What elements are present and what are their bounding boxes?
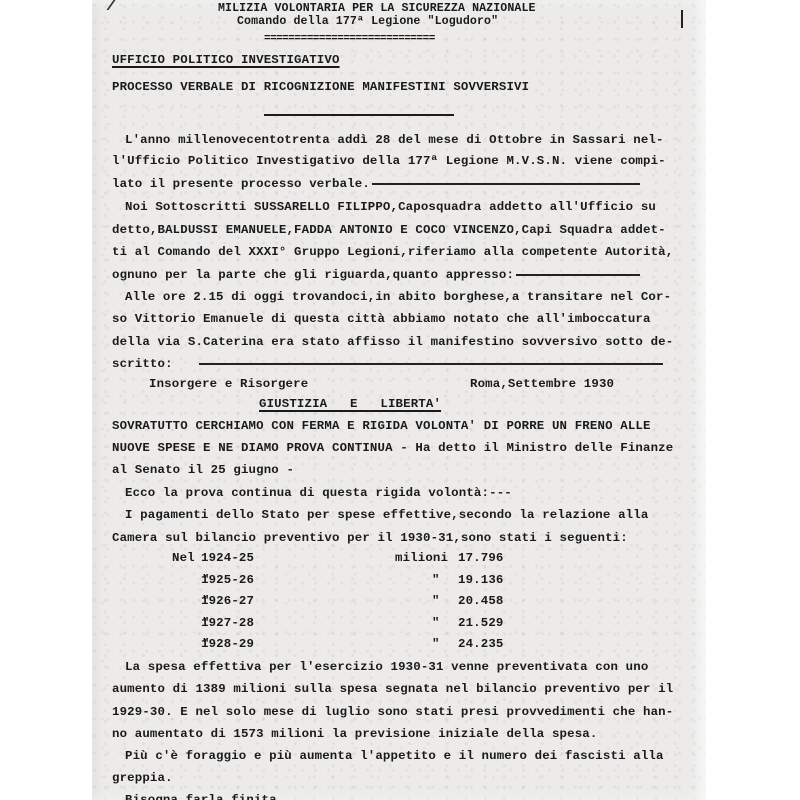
paragraph-line: greppia.: [112, 771, 173, 785]
manifesto-slogan: Insorgere e Risorgere: [149, 377, 308, 391]
quote-line: al Senato il 25 giugno -: [112, 463, 294, 477]
budget-unit: ": [432, 637, 440, 651]
paragraph-line: Bisogna farla finita.: [125, 793, 284, 800]
paragraph-line: detto,BALDUSSI EMANUELE,FADDA ANTONIO E …: [112, 223, 666, 237]
budget-row: "1928-29"24.235: [92, 637, 706, 651]
budget-year: 1925-26: [201, 573, 254, 587]
fill-rule: [199, 363, 663, 365]
budget-unit: ": [432, 616, 440, 630]
budget-unit: milioni: [395, 551, 448, 565]
budget-amount: 20.458: [458, 594, 504, 608]
paragraph-line: Alle ore 2.15 di oggi trovandoci,in abit…: [125, 290, 671, 304]
budget-row: "1926-27"20.458: [92, 594, 706, 608]
budget-year: 1928-29: [201, 637, 254, 651]
paragraph-line: lato il presente processo verbale.: [112, 177, 370, 191]
command-subtitle: Comando della 177ª Legione "Logudoro": [237, 15, 498, 29]
paragraph-line: 1929-30. E nel solo mese di luglio sono …: [112, 705, 673, 719]
manifesto-place-date: Roma,Settembre 1930: [470, 377, 614, 391]
manifesto-heading: GIUSTIZIA E LIBERTA': [259, 397, 441, 411]
margin-bar-mark: [681, 10, 683, 28]
paragraph-line: so Vittorio Emanuele di questa città abb…: [112, 312, 651, 326]
paragraph-line: scritto:: [112, 357, 173, 371]
paragraph-line: Camera sul bilancio preventivo per il 19…: [112, 531, 628, 545]
budget-amount: 19.136: [458, 573, 504, 587]
budget-unit: ": [432, 594, 440, 608]
paragraph-line: l'Ufficio Politico Investigativo della 1…: [112, 154, 666, 168]
budget-year: 1927-28: [201, 616, 254, 630]
header-separator: ============================: [264, 32, 435, 46]
office-heading: UFFICIO POLITICO INVESTIGATIVO: [112, 53, 340, 67]
title-rule: [264, 114, 454, 116]
budget-amount: 21.529: [458, 616, 504, 630]
paragraph-line: La spesa effettiva per l'esercizio 1930-…: [125, 660, 648, 674]
document-page: MILIZIA VOLONTARIA PER LA SICUREZZA NAZI…: [92, 0, 706, 800]
document-title: PROCESSO VERBALE DI RICOGNIZIONE MANIFES…: [112, 80, 529, 94]
quote-line: SOVRATUTTO CERCHIAMO CON FERMA E RIGIDA …: [112, 419, 651, 433]
budget-amount: 17.796: [458, 551, 504, 565]
paragraph-line: no aumentato di 1573 milioni la previsio…: [112, 727, 597, 741]
quote-line: NUOVE SPESE E NE DIAMO PROVA CONTINUA - …: [112, 441, 673, 455]
budget-row: "1927-28"21.529: [92, 616, 706, 630]
budget-row: "1925-26"19.136: [92, 573, 706, 587]
budget-row: Nel1924-25milioni17.796: [92, 551, 706, 565]
paragraph-line: ti al Comando del XXXI° Gruppo Legioni,r…: [112, 245, 673, 259]
proof-line: Ecco la prova continua di questa rigida …: [125, 486, 512, 500]
paragraph-line: Più c'è foraggio e più aumenta l'appetit…: [125, 749, 664, 763]
paragraph-line: della via S.Caterina era stato affisso i…: [112, 335, 673, 349]
paragraph-line: Noi Sottoscritti SUSSARELLO FILIPPO,Capo…: [125, 200, 656, 214]
fill-rule: [372, 183, 640, 185]
paragraph-line: I pagamenti dello Stato per spese effett…: [125, 508, 648, 522]
organization-title: MILIZIA VOLONTARIA PER LA SICUREZZA NAZI…: [218, 2, 536, 16]
budget-year: 1924-25: [201, 551, 254, 565]
budget-year: 1926-27: [201, 594, 254, 608]
paragraph-line: L'anno millenovecentotrenta addì 28 del …: [125, 133, 664, 147]
paragraph-line: aumento di 1389 milioni sulla spesa segn…: [112, 682, 673, 696]
fill-rule: [516, 274, 640, 276]
pen-mark: [92, 0, 115, 10]
budget-unit: ": [432, 573, 440, 587]
budget-amount: 24.235: [458, 637, 504, 651]
paragraph-line: ognuno per la parte che gli riguarda,qua…: [112, 268, 514, 282]
budget-year-prefix: Nel: [172, 551, 195, 565]
